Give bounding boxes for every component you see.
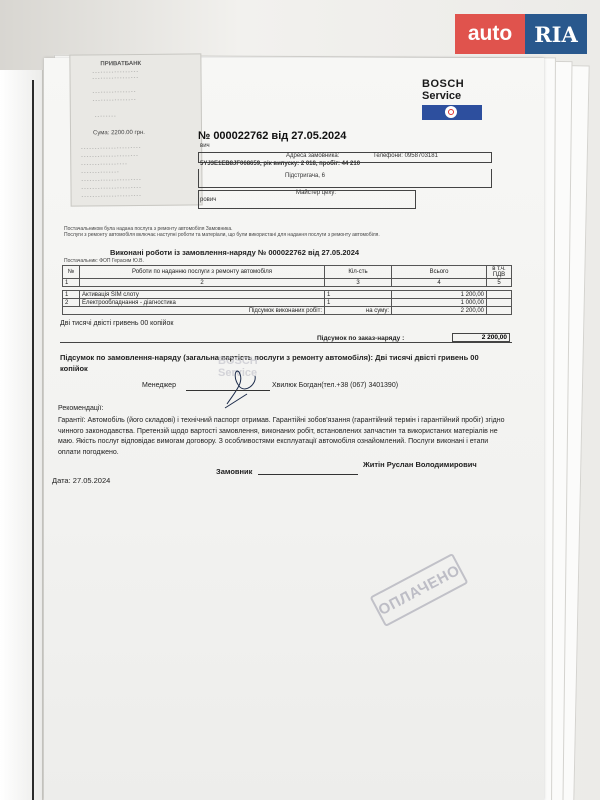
works-table: № Роботи по наданню послуги з ремонту ав… — [62, 265, 512, 315]
order-total-value: 2 200,00 — [452, 333, 510, 342]
bosch-emblem-icon — [422, 105, 482, 120]
manager-label: Менеджер — [142, 382, 176, 389]
manager-signature-line — [186, 390, 270, 391]
table-number-row: 1 2 3 4 5 — [63, 279, 512, 287]
address: Підстригача, 6 — [285, 173, 325, 179]
supplier: Постачальник: ФОП Герасим Ю.В. — [64, 258, 144, 264]
recommendations-label: Рекомендації: — [58, 405, 103, 412]
col-header: № — [63, 266, 80, 279]
customer-name: Житін Руслан Володимирович — [363, 460, 477, 469]
col-number: 5 — [487, 279, 512, 287]
guarantees-text: Гарантії: Автомобіль (його складові) і т… — [58, 416, 508, 458]
logo-line2: Service — [422, 90, 461, 102]
phone: Телефони: 0958703181 — [373, 153, 438, 159]
table-row: 2 Електрообладнання - діагностика 1 1 00… — [63, 299, 512, 307]
col-header: в т.ч. ПДВ — [487, 266, 512, 279]
row-number: 1 — [63, 291, 80, 299]
customer-address-label: Адреса замовника: — [286, 153, 339, 159]
divider — [60, 342, 512, 343]
row-vat — [487, 291, 512, 299]
section-title: Виконані роботи із замовлення-наряду № 0… — [110, 248, 359, 257]
date: Дата: 27.05.2024 — [52, 476, 110, 485]
row-vat — [487, 299, 512, 307]
col-header: Всього — [392, 266, 487, 279]
col-number: 1 — [63, 279, 80, 287]
sum-label: на суму: — [325, 307, 392, 315]
intro-2: Послуги з ремонту автомобіля включає нас… — [64, 232, 380, 238]
autoria-watermark: auto RIA — [455, 14, 590, 54]
amount-in-words: Дві тисячі двісті гривень 00 копійок — [60, 320, 173, 327]
customer-label: Замовник — [216, 467, 252, 476]
watermark-ria: RIA — [525, 14, 587, 54]
col-number: 2 — [80, 279, 325, 287]
row-qty: 1 — [325, 299, 392, 307]
receipt-amount: Сума: 2200.00 грн. — [93, 130, 145, 136]
bosch-service-logo: BOSCH Service — [418, 78, 486, 122]
master-label: Майстер цеху: — [296, 190, 336, 196]
col-header: Кіл-сть — [325, 266, 392, 279]
manager-signature — [215, 364, 275, 412]
sum-value: 2 200,00 — [392, 307, 487, 315]
document-title: № 000022762 від 27.05.2024 — [198, 130, 346, 142]
vin-line: 5YJ3E1EB8JF068659, рік випуску: 2 018, п… — [200, 161, 360, 167]
row-number: 2 — [63, 299, 80, 307]
col-number: 3 — [325, 279, 392, 287]
watermark-auto: auto — [455, 14, 525, 54]
logo-line1: BOSCH — [422, 78, 464, 90]
row-service: Електрообладнання - діагностика — [80, 299, 325, 307]
bank-receipt: ПРИВАТБАНК - - - - - - - - - - - - - - -… — [69, 53, 202, 206]
customer-signature-line — [258, 474, 358, 475]
row-service: Активація SIM слоту — [80, 291, 325, 299]
row-qty: 1 — [325, 291, 392, 299]
binder-edge — [32, 80, 34, 800]
row-total: 1 000,00 — [392, 299, 487, 307]
row-total: 1 200,00 — [392, 291, 487, 299]
receipt-bank: ПРИВАТБАНК — [100, 61, 141, 67]
order-total-label: Підсумок по заказ-наряду : — [317, 335, 404, 342]
client-fragment: вич — [200, 143, 210, 149]
table-row: 1 Активація SIM слоту 1 1 200,00 — [63, 291, 512, 299]
summary-row: Підсумок виконаних робіт: на суму: 2 200… — [63, 307, 512, 315]
recipient-fragment: рович — [200, 197, 216, 203]
col-header: Роботи по наданню послуги з ремонту авто… — [80, 266, 325, 279]
binder-sheet — [0, 70, 43, 800]
vehicle-box — [198, 169, 492, 188]
manager-name: Хвилюк Богдан(тел.+38 (067) 3401390) — [272, 382, 398, 389]
table-header-row: № Роботи по наданню послуги з ремонту ав… — [63, 266, 512, 279]
grand-total-text: Підсумок по замовлення-наряду (загальна … — [60, 352, 505, 374]
col-number: 4 — [392, 279, 487, 287]
summary-label: Підсумок виконаних робіт: — [63, 307, 325, 315]
